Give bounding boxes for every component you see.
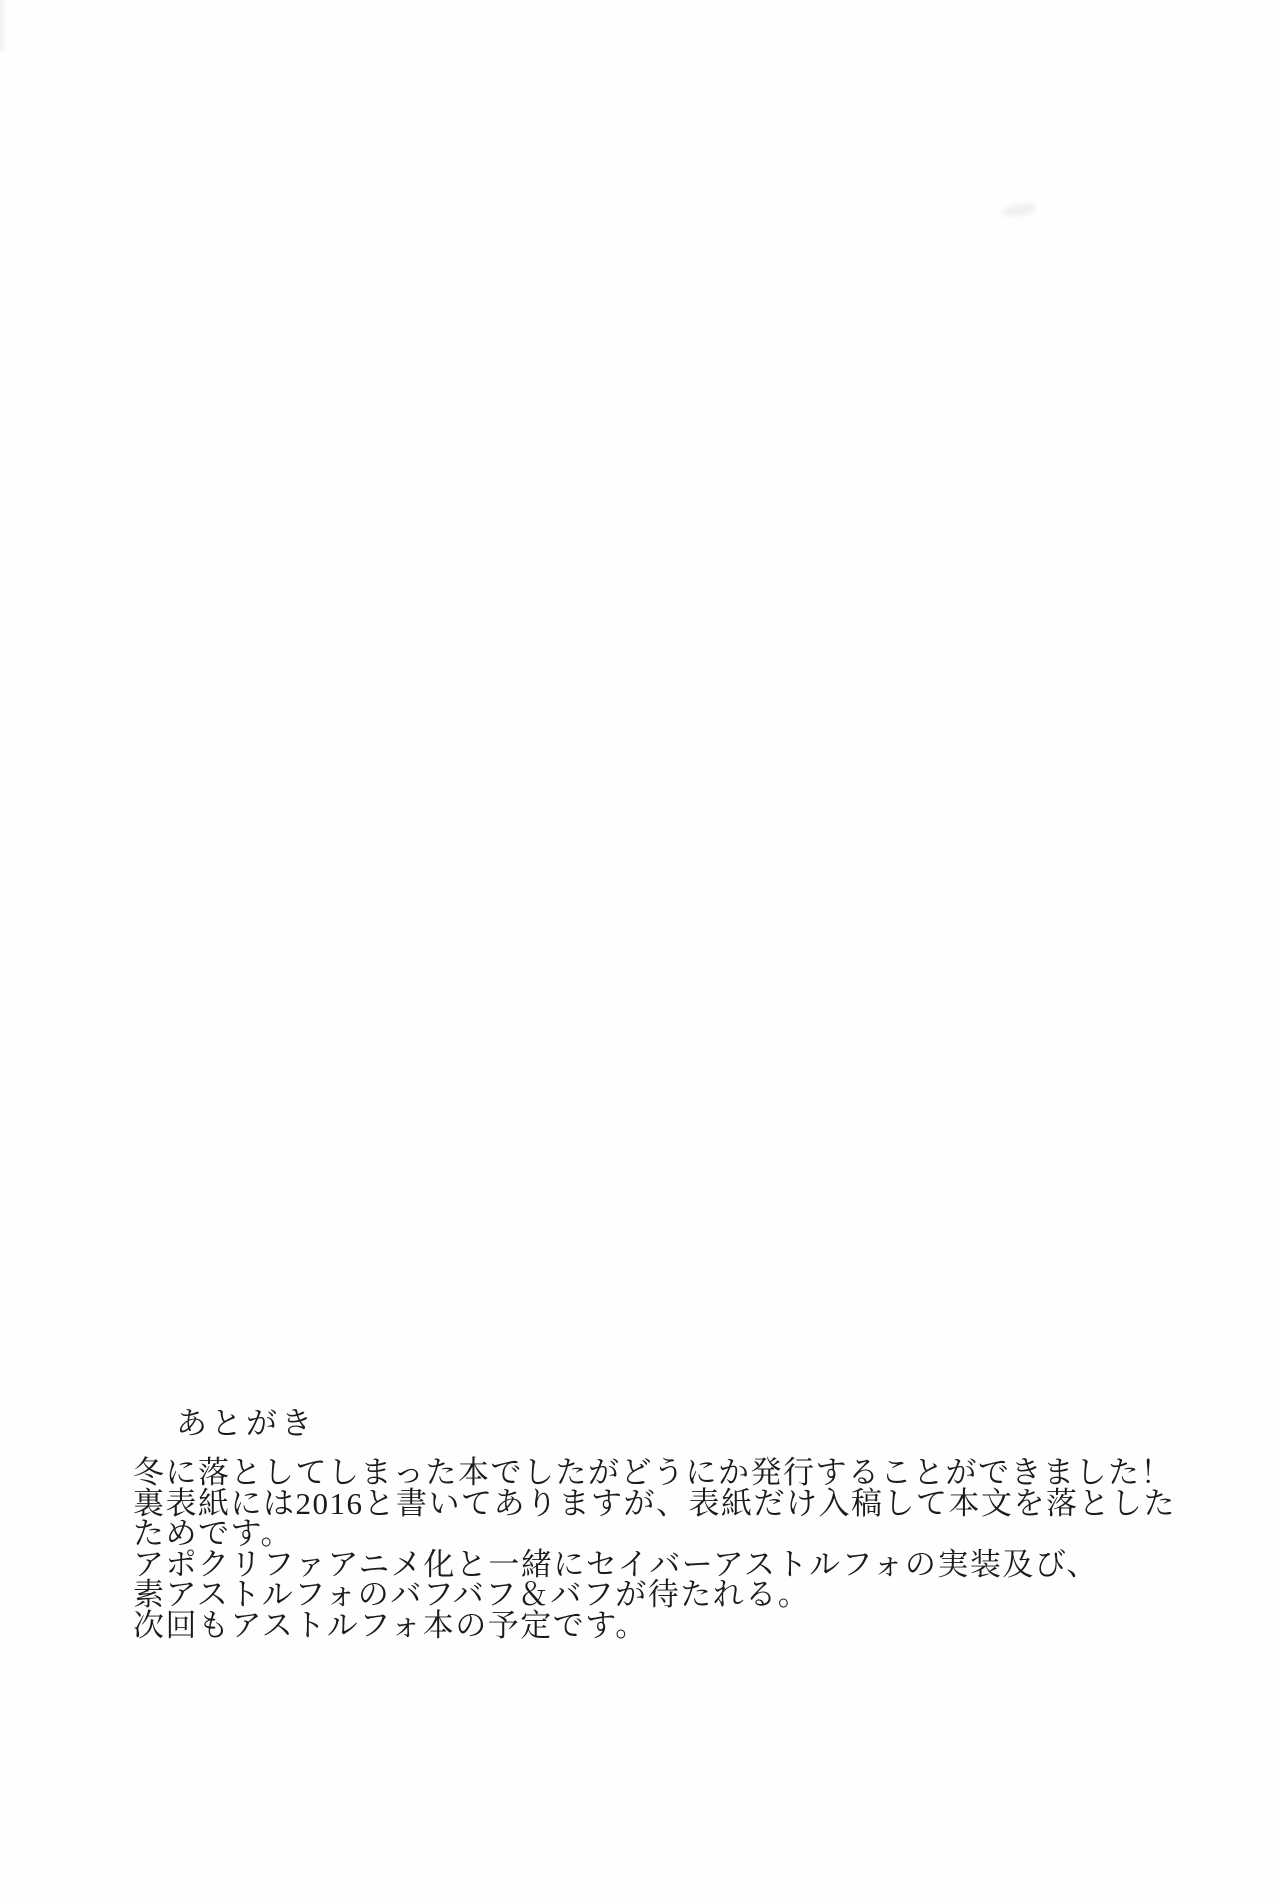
afterword-line-3: ためです。: [133, 1519, 1143, 1550]
afterword-heading: あとがき: [176, 1398, 316, 1443]
scan-smudge-artifact: [1001, 202, 1036, 219]
afterword-paragraph: 冬に落としてしまった本でしたがどうにか発行することができました！ 裏表紙には20…: [133, 1458, 1143, 1641]
afterword-line-6: 次回もアストルフォ本の予定です。: [133, 1611, 1143, 1642]
afterword-line-5: 素アストルフォのバフバフ＆バフが待たれる。: [133, 1580, 1143, 1611]
afterword-line-2: 裏表紙には2016と書いてありますが、表紙だけ入稿して本文を落とした: [133, 1489, 1143, 1520]
afterword-line-4: アポクリファアニメ化と一緒にセイバーアストルフォの実装及び、: [133, 1550, 1143, 1581]
scan-edge-artifact: [0, 0, 7, 52]
afterword-line-1: 冬に落としてしまった本でしたがどうにか発行することができました！: [133, 1458, 1143, 1489]
scanned-page: あとがき 冬に落としてしまった本でしたがどうにか発行することができました！ 裏表…: [0, 0, 1280, 1897]
